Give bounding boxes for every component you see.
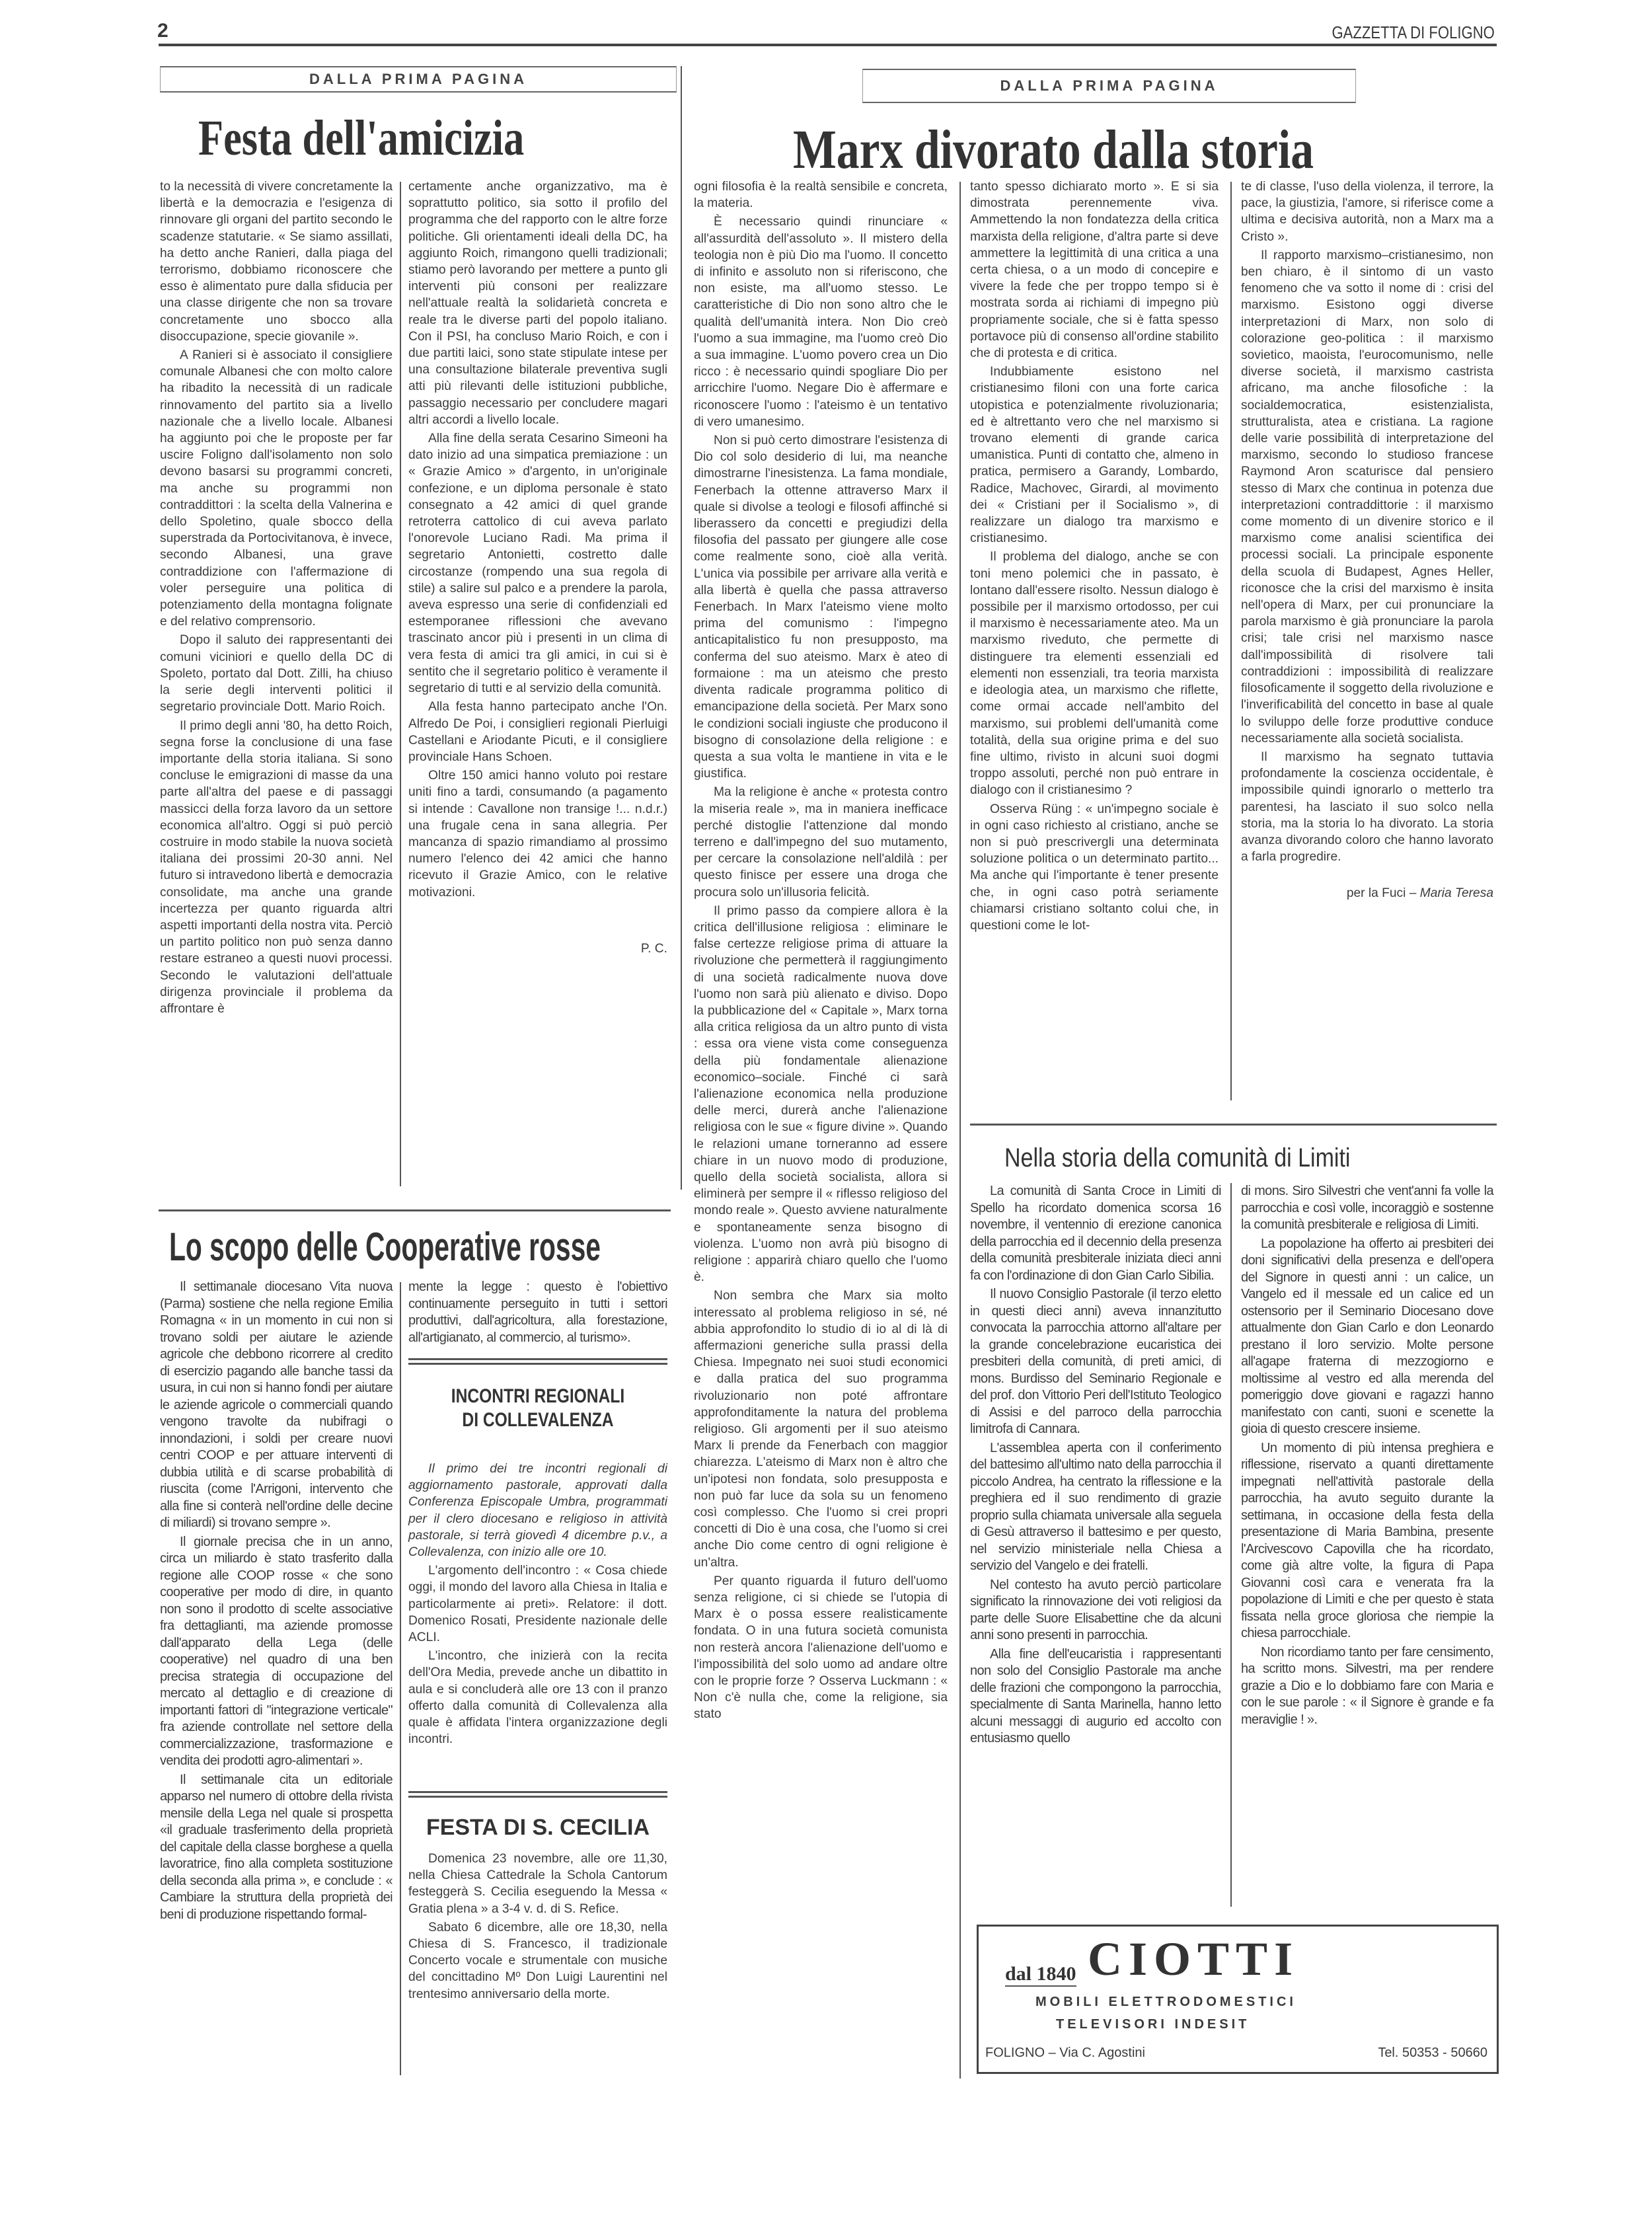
cecilia-body: Domenica 23 novembre, alle ore 11,30, ne… bbox=[408, 1851, 667, 2003]
marx-column-3: te di classe, l'uso della violenza, il t… bbox=[1241, 178, 1493, 902]
paragraph: mente la legge : questo è l'obiettivo co… bbox=[408, 1279, 667, 1346]
column-divider bbox=[400, 1282, 401, 2075]
marx-kicker: DALLA PRIMA PAGINA bbox=[862, 69, 1356, 103]
paragraph: Il giornale precisa che in un anno, circ… bbox=[160, 1534, 393, 1770]
paragraph: Il marxismo ha segnato tuttavia profonda… bbox=[1241, 749, 1493, 865]
ad-line-1: MOBILI ELETTRODOMESTICI bbox=[1035, 1995, 1296, 2010]
ad-since: dal 1840 bbox=[1005, 1963, 1076, 1987]
paragraph: Non sembra che Marx sia molto interessat… bbox=[694, 1287, 948, 1570]
festa-column-2: certamente anche organizzativo, ma è sop… bbox=[408, 178, 667, 957]
paragraph: Indubbiamente esistono nel cristianesimo… bbox=[970, 364, 1219, 547]
page-number: 2 bbox=[157, 20, 169, 42]
paragraph: È necessario quindi rinunciare « all'ass… bbox=[694, 213, 948, 430]
ad-line-2: TELEVISORI INDESIT bbox=[1056, 2017, 1250, 2032]
paragraph: Sabato 6 dicembre, alle ore 18,30, nella… bbox=[408, 1919, 667, 2003]
divider-festa-marx bbox=[681, 66, 682, 1190]
festa-signature: P. C. bbox=[408, 940, 667, 957]
signature-prefix: per la Fuci – bbox=[1347, 886, 1420, 900]
coop-column-2: mente la legge : questo è l'obiettivo co… bbox=[408, 1279, 667, 1346]
paragraph: Non si può certo dimostrare l'esistenza … bbox=[694, 432, 948, 782]
paragraph: certamente anche organizzativo, ma è sop… bbox=[408, 178, 667, 428]
ad-brand: CIOTTI bbox=[1088, 1932, 1299, 1987]
paragraph: Il problema del dialogo, anche se con to… bbox=[970, 549, 1219, 798]
paragraph: Il primo dei tre incontri regionali di a… bbox=[408, 1461, 667, 1560]
incontri-rule bbox=[408, 1358, 667, 1365]
festa-title: Festa dell'amicizia bbox=[198, 110, 524, 167]
paragraph: Oltre 150 amici hanno voluto poi restare… bbox=[408, 767, 667, 901]
paragraph: L'argomento dell'incontro : « Cosa chied… bbox=[408, 1562, 667, 1646]
paragraph: Il primo passo da compiere allora è la c… bbox=[694, 903, 948, 1286]
marx-column-2: tanto spesso dichiarato morto ». E si si… bbox=[970, 178, 1219, 934]
incontri-body: Il primo dei tre incontri regionali di a… bbox=[408, 1461, 667, 1747]
festa-kicker: DALLA PRIMA PAGINA bbox=[160, 66, 677, 93]
paragraph: Non ricordiamo tanto per fare censimento… bbox=[1241, 1644, 1493, 1729]
paragraph: Domenica 23 novembre, alle ore 11,30, ne… bbox=[408, 1851, 667, 1917]
limiti-column-2: di mons. Siro Silvestri che vent'anni fa… bbox=[1241, 1183, 1493, 1728]
limiti-top-rule bbox=[970, 1124, 1497, 1126]
coop-title: Lo scopo delle Cooperative rosse bbox=[169, 1224, 601, 1270]
column-divider bbox=[959, 182, 961, 2079]
paragraph: Nel contesto ha avuto perciò particolare… bbox=[970, 1577, 1221, 1644]
paragraph: te di classe, l'uso della violenza, il t… bbox=[1241, 178, 1493, 245]
paragraph: to la necessità di vivere concretamente … bbox=[160, 178, 393, 345]
marx-column-1: ogni filosofia è la realtà sensibile e c… bbox=[694, 178, 948, 1723]
paragraph: Alla fine dell'eucaristia i rappresentan… bbox=[970, 1646, 1221, 1747]
paragraph: Il primo degli anni '80, ha detto Roich,… bbox=[160, 718, 393, 1018]
paragraph: La popolazione ha offerto ai presbiteri … bbox=[1241, 1236, 1493, 1438]
ad-phone: Tel. 50353 - 50660 bbox=[1378, 2046, 1487, 2061]
paragraph: L'incontro, che inizierà con la recita d… bbox=[408, 1648, 667, 1747]
paragraph: Il nuovo Consiglio Pastorale (il terzo e… bbox=[970, 1286, 1221, 1438]
limiti-title: Nella storia della comunità di Limiti bbox=[1004, 1142, 1350, 1174]
ad-address: FOLIGNO – Via C. Agostini bbox=[985, 2046, 1145, 2061]
column-divider bbox=[1230, 1183, 1232, 1907]
paragraph: Alla festa hanno partecipato anche l'On.… bbox=[408, 699, 667, 765]
marx-title: Marx divorato dalla storia bbox=[793, 119, 1314, 181]
ciotti-advertisement: dal 1840 CIOTTI MOBILI ELETTRODOMESTICI … bbox=[977, 1925, 1499, 2074]
column-divider bbox=[400, 182, 401, 1186]
paragraph: Alla fine della serata Cesarino Simeoni … bbox=[408, 430, 667, 697]
paragraph: Dopo il saluto dei rappresentanti dei co… bbox=[160, 632, 393, 715]
incontri-title-line: DI COLLEVALENZA bbox=[432, 1408, 644, 1432]
paragraph: ogni filosofia è la realtà sensibile e c… bbox=[694, 178, 948, 211]
incontri-title-line: INCONTRI REGIONALI bbox=[432, 1385, 644, 1408]
paragraph: Ma la religione è anche « protesta contr… bbox=[694, 784, 948, 900]
paragraph: Per quanto riguarda il futuro dell'uomo … bbox=[694, 1573, 948, 1723]
paragraph: Il rapporto marxismo–cristianesimo, non … bbox=[1241, 247, 1493, 747]
column-divider bbox=[1230, 182, 1232, 1100]
paragraph: tanto spesso dichiarato morto ». E si si… bbox=[970, 178, 1219, 362]
incontri-title: INCONTRI REGIONALI DI COLLEVALENZA bbox=[432, 1385, 644, 1432]
coop-top-rule bbox=[159, 1209, 671, 1211]
paragraph: La comunità di Santa Croce in Limiti di … bbox=[970, 1183, 1221, 1284]
header-rule bbox=[159, 44, 1497, 46]
marx-signature: per la Fuci – Maria Teresa bbox=[1241, 885, 1493, 901]
paragraph: Il settimanale diocesano Vita nuova (Par… bbox=[160, 1279, 393, 1532]
cecilia-rule bbox=[408, 1791, 667, 1798]
paragraph: L'assemblea aperta con il conferimento d… bbox=[970, 1440, 1221, 1575]
masthead: GAZZETTA DI FOLIGNO bbox=[1332, 22, 1495, 43]
paragraph: Osserva Rüng : « un'impegno sociale è in… bbox=[970, 801, 1219, 935]
festa-column-1: to la necessità di vivere concretamente … bbox=[160, 178, 393, 1017]
paragraph: di mons. Siro Silvestri che vent'anni fa… bbox=[1241, 1183, 1493, 1234]
limiti-column-1: La comunità di Santa Croce in Limiti di … bbox=[970, 1183, 1221, 1747]
paragraph: A Ranieri si è associato il consigliere … bbox=[160, 347, 393, 630]
cecilia-title: FESTA DI S. CECILIA bbox=[408, 1814, 667, 1841]
signature-author: Maria Teresa bbox=[1420, 886, 1493, 900]
coop-column-1: Il settimanale diocesano Vita nuova (Par… bbox=[160, 1279, 393, 1923]
paragraph: Il settimanale cita un editoriale appars… bbox=[160, 1772, 393, 1924]
paragraph: Un momento di più intensa preghiera e ri… bbox=[1241, 1440, 1493, 1642]
